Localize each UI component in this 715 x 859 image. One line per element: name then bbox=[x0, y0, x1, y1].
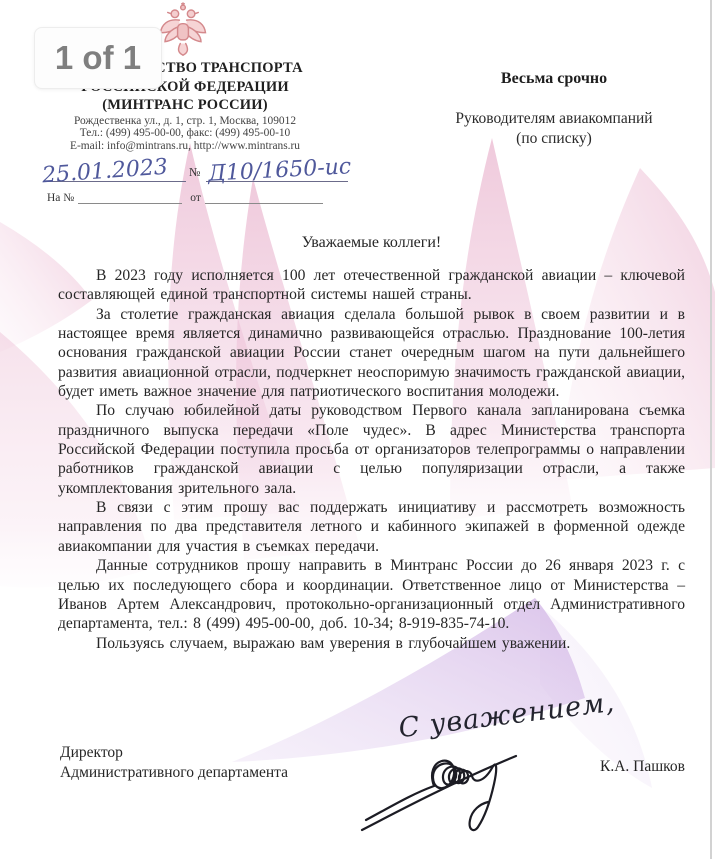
paragraph-4: В связи с этим прошу вас поддержать иниц… bbox=[58, 498, 685, 556]
urgency-label: Весьма срочно bbox=[420, 70, 688, 88]
ref-label-na: На № bbox=[47, 192, 74, 204]
paragraph-6: Пользуясь случаем, выражаю вам уверения … bbox=[58, 634, 685, 653]
viewer-edge-scrollbar[interactable] bbox=[710, 0, 712, 859]
signer-position: Директор Административного департамента bbox=[60, 743, 360, 782]
coat-of-arms-icon bbox=[156, 2, 210, 58]
recipient-line2: (по списку) bbox=[420, 129, 688, 149]
paragraph-3: По случаю юбилейной даты руководством Пе… bbox=[58, 401, 685, 498]
signer-position-line2: Административного департамента bbox=[60, 763, 360, 783]
letter-body: В 2023 году исполняется 100 лет отечеств… bbox=[58, 266, 685, 653]
ref-underline-2 bbox=[205, 193, 323, 204]
date-number-row: 25.01.2023 № Д10/1650-ис bbox=[18, 154, 352, 186]
recipient-block: Весьма срочно Руководителям авиакомпаний… bbox=[420, 70, 688, 148]
handwritten-date: 25.01.2023 bbox=[41, 155, 168, 189]
reference-row: На №от bbox=[18, 192, 352, 204]
document-page[interactable]: 1 of 1 МИНИСТЕРСТВО ТРАНСПОРТА РОССИЙСКО… bbox=[0, 0, 715, 859]
paragraph-2: За столетие гражданская авиация сделала … bbox=[58, 305, 685, 402]
ministry-address: Рождественка ул., д. 1, стр. 1, Москва, … bbox=[18, 115, 352, 128]
paragraph-1: В 2023 году исполняется 100 лет отечеств… bbox=[58, 266, 685, 305]
recipient-line1: Руководителям авиакомпаний bbox=[420, 109, 688, 129]
signer-name: К.А. Пашков bbox=[555, 758, 685, 776]
ref-underline-1 bbox=[78, 193, 182, 204]
ministry-name-line3: (МИНТРАНС РОССИИ) bbox=[18, 96, 352, 115]
ref-label-ot: от bbox=[190, 192, 201, 204]
paragraph-5: Данные сотрудников прошу направить в Мин… bbox=[58, 556, 685, 633]
page-indicator: 1 of 1 bbox=[34, 27, 162, 89]
ministry-email: E-mail: info@mintrans.ru, http://www.min… bbox=[18, 140, 352, 153]
number-sign: № bbox=[189, 165, 200, 180]
page-indicator-label: 1 of 1 bbox=[55, 39, 141, 77]
salutation: Уважаемые коллеги! bbox=[58, 234, 685, 252]
signature-autograph bbox=[358, 732, 548, 837]
ministry-phone: Тел.: (499) 495-00-00, факс: (499) 495-0… bbox=[18, 127, 352, 140]
signer-position-line1: Директор bbox=[60, 743, 360, 763]
